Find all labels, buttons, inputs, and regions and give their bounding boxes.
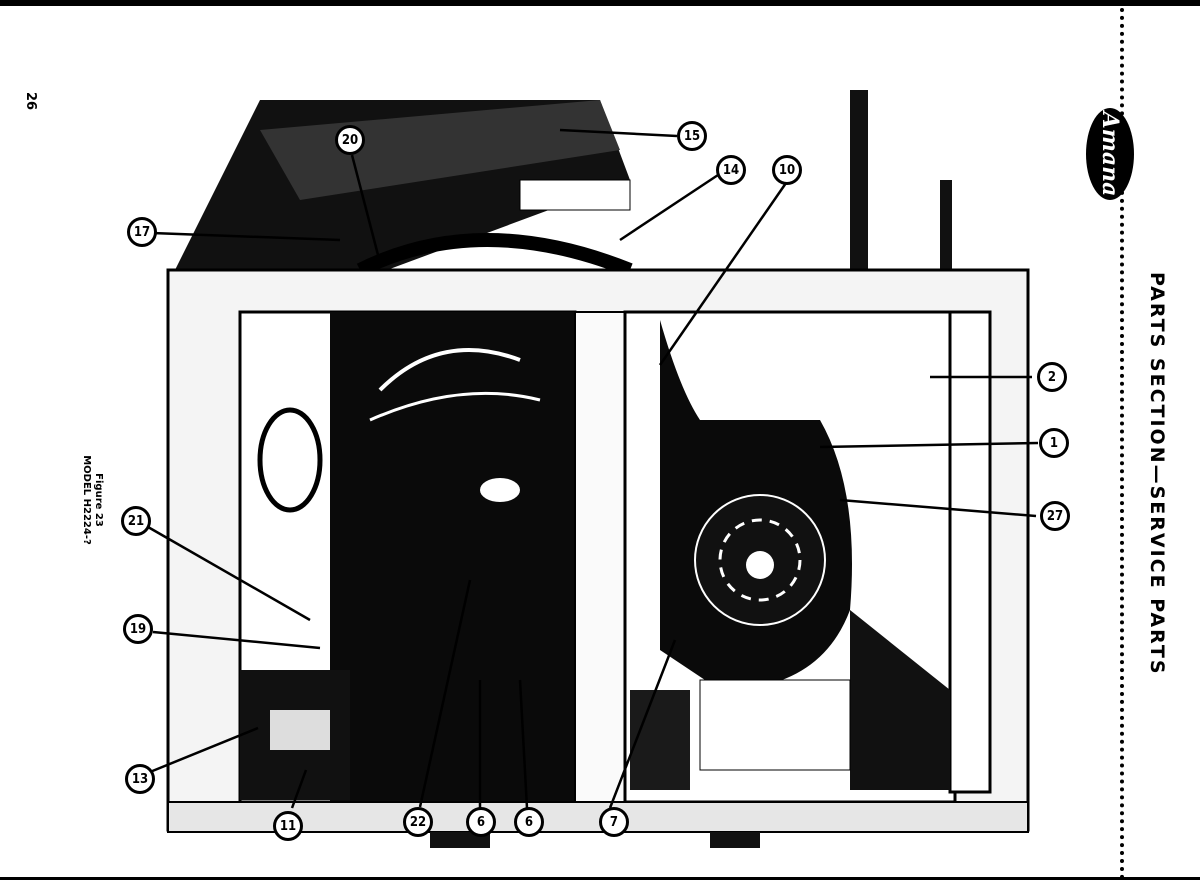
callout-13: 13 [125,764,155,794]
callout-19: 19 [123,614,153,644]
callout-21: 21 [121,506,151,536]
callout-14: 14 [716,155,746,185]
section-title: PARTS SECTION—SERVICE PARTS [1146,272,1168,676]
callout-15: 15 [677,121,707,151]
callout-6-left: 6 [466,807,496,837]
callout-11: 11 [273,811,303,841]
figure-label: Figure 23 [92,440,104,560]
callout-17: 17 [127,217,157,247]
amana-logo: Amana [1086,108,1134,200]
callout-27: 27 [1040,501,1070,531]
callout-7: 7 [599,807,629,837]
unit-photo [160,90,1040,850]
callout-1: 1 [1039,428,1069,458]
model-label: MODEL H2224-? [80,440,92,560]
top-border-rule [0,0,1200,6]
callout-6-right: 6 [514,807,544,837]
callout-10: 10 [772,155,802,185]
unit-photo-illustration [160,90,1040,850]
figure-caption: Figure 23 MODEL H2224-? [80,440,104,560]
callout-2: 2 [1037,362,1067,392]
page-number: 26 [23,92,38,110]
callout-22: 22 [403,807,433,837]
callout-20: 20 [335,125,365,155]
logo-text: Amana [1097,112,1123,197]
